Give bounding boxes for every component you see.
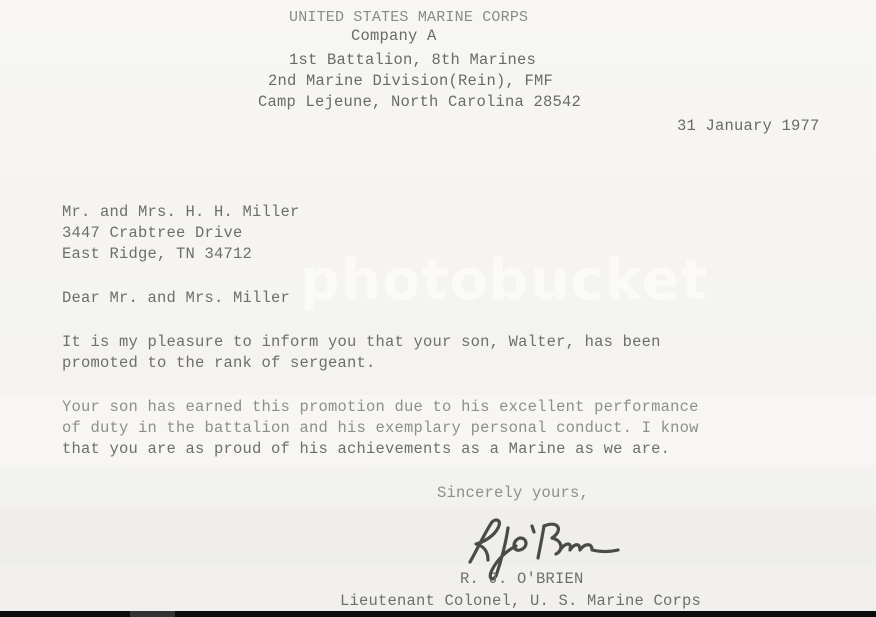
body-p2-line3: that you are as proud of his achievement… bbox=[62, 439, 670, 459]
letterhead-location: Camp Lejeune, North Carolina 28542 bbox=[258, 92, 581, 112]
recipient-name: Mr. and Mrs. H. H. Miller bbox=[62, 202, 300, 222]
body-p2-line2: of duty in the battalion and his exempla… bbox=[62, 418, 699, 438]
closing: Sincerely yours, bbox=[437, 483, 589, 503]
letter-date: 31 January 1977 bbox=[677, 116, 820, 136]
salutation: Dear Mr. and Mrs. Miller bbox=[62, 288, 290, 308]
body-p2-line1: Your son has earned this promotion due t… bbox=[62, 397, 699, 417]
recipient-city: East Ridge, TN 34712 bbox=[62, 244, 252, 264]
recipient-street: 3447 Crabtree Drive bbox=[62, 223, 243, 243]
letterhead-division: 2nd Marine Division(Rein), FMF bbox=[268, 71, 553, 91]
letter-page: photobucket UNITED STATES MARINE CORPS C… bbox=[0, 0, 876, 611]
letterhead-company: Company A bbox=[351, 26, 437, 46]
body-p1-line1: It is my pleasure to inform you that you… bbox=[62, 332, 661, 352]
letterhead-battalion: 1st Battalion, 8th Marines bbox=[289, 50, 536, 70]
body-p1-line2: promoted to the rank of sergeant. bbox=[62, 353, 376, 373]
typed-signature-name: R. J. O'BRIEN bbox=[460, 569, 584, 589]
signatory-title: Lieutenant Colonel, U. S. Marine Corps bbox=[340, 591, 701, 611]
scan-band bbox=[0, 510, 876, 565]
bottom-edge bbox=[0, 611, 876, 617]
letterhead-org: UNITED STATES MARINE CORPS bbox=[289, 8, 528, 28]
watermark: photobucket bbox=[300, 248, 820, 318]
